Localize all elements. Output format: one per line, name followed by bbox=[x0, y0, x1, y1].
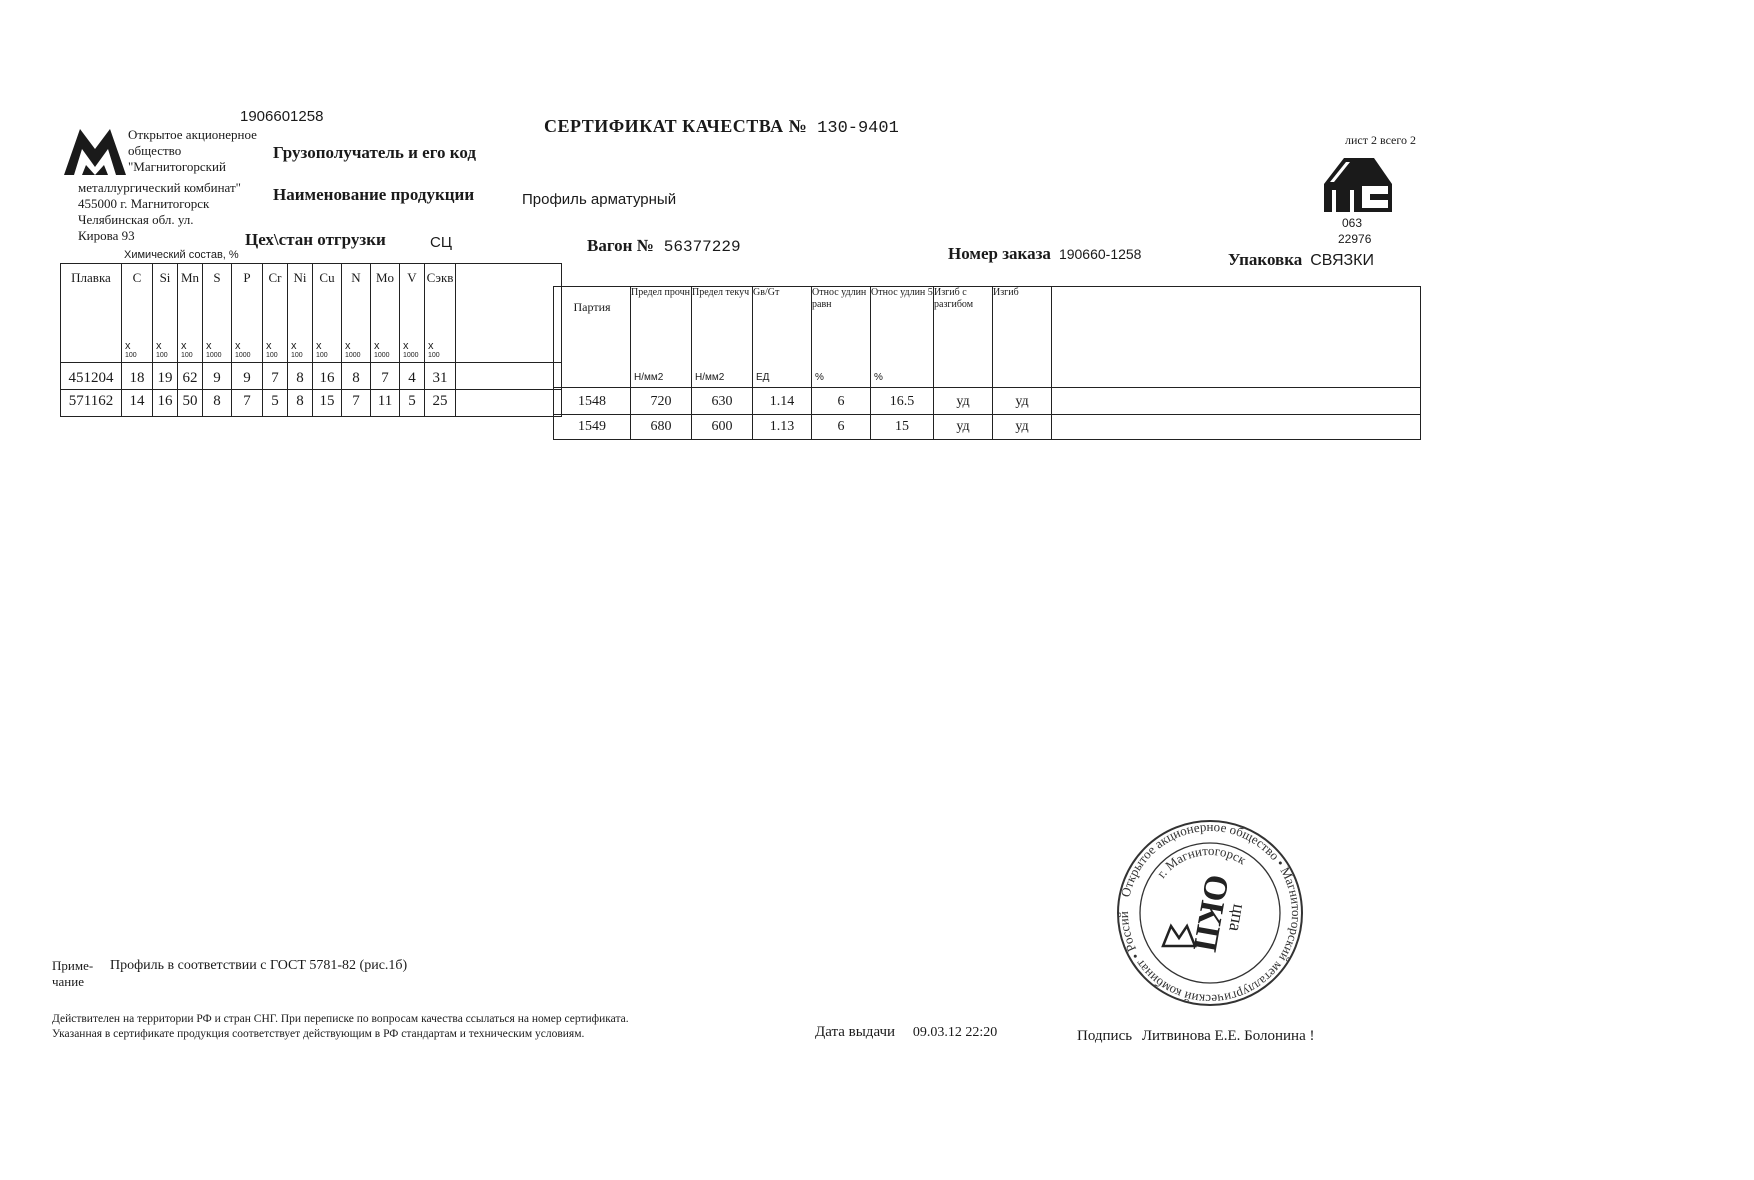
company-line: общество bbox=[128, 143, 278, 159]
column-title: Gв/Gт bbox=[753, 287, 779, 298]
multiplier: x100 bbox=[125, 341, 137, 360]
element-symbol: Cu bbox=[313, 264, 341, 286]
blank-cell bbox=[456, 390, 562, 417]
blank-cell bbox=[456, 363, 562, 390]
mc-code-1: 063 bbox=[1342, 216, 1362, 230]
mech-value: 1.14 bbox=[753, 388, 812, 415]
mech-col-2: Предел текучН/мм2 bbox=[692, 287, 753, 388]
multiplier: x100 bbox=[156, 341, 168, 360]
chem-col-1: Six100 bbox=[153, 264, 178, 363]
element-symbol: Cr bbox=[263, 264, 287, 286]
wagon-label: Вагон № bbox=[587, 236, 654, 255]
chem-value: 7 bbox=[263, 363, 288, 390]
consignee-label: Грузополучатель и его код bbox=[273, 143, 476, 163]
mech-value: 1549 bbox=[554, 415, 631, 440]
column-unit: % bbox=[874, 372, 883, 384]
chem-value: 8 bbox=[342, 363, 371, 390]
chem-col-2: Mnx100 bbox=[178, 264, 203, 363]
certificate-title: СЕРТИФИКАТ КАЧЕСТВА № 130-9401 bbox=[544, 116, 899, 138]
heat-number: 571162 bbox=[61, 390, 122, 417]
address-line: 455000 г. Магнитогорск bbox=[78, 196, 248, 212]
chem-value: 8 bbox=[288, 363, 313, 390]
chem-value: 7 bbox=[371, 363, 400, 390]
mc-code-2: 22976 bbox=[1338, 232, 1371, 246]
element-symbol: Si bbox=[153, 264, 177, 286]
chem-col-4: Px1000 bbox=[232, 264, 263, 363]
order-label: Номер заказа bbox=[948, 244, 1051, 263]
company-name: Открытое акционерное общество "Магнитого… bbox=[128, 127, 278, 175]
chem-col-10: Vx1000 bbox=[400, 264, 425, 363]
blank-cell bbox=[1052, 415, 1421, 440]
product-value: Профиль арматурный bbox=[522, 191, 676, 208]
chem-col-6: Nix100 bbox=[288, 264, 313, 363]
consignee-code: 1906601258 bbox=[240, 108, 323, 125]
mech-col-0: Партия bbox=[554, 287, 631, 388]
mech-value: 680 bbox=[631, 415, 692, 440]
mech-col-5: Относ удлин 5% bbox=[871, 287, 934, 388]
chem-col-7: Cux100 bbox=[313, 264, 342, 363]
multiplier: x1000 bbox=[235, 341, 251, 360]
title-text: СЕРТИФИКАТ КАЧЕСТВА № bbox=[544, 116, 807, 136]
product-label: Наименование продукции bbox=[273, 185, 474, 205]
mech-value: 15 bbox=[871, 415, 934, 440]
company-line: металлургический комбинат" bbox=[78, 180, 248, 196]
element-symbol: Сэкв bbox=[425, 264, 455, 286]
order-value: 190660-1258 bbox=[1059, 246, 1142, 262]
chem-col-0: Cx100 bbox=[122, 264, 153, 363]
heat-header: Плавка bbox=[61, 264, 122, 363]
heat-number: 451204 bbox=[61, 363, 122, 390]
blank-col bbox=[1052, 287, 1421, 388]
mech-value: 630 bbox=[692, 388, 753, 415]
multiplier: x100 bbox=[266, 341, 278, 360]
multiplier: x100 bbox=[428, 341, 440, 360]
signature-label: Подпись bbox=[1077, 1028, 1132, 1044]
chem-value: 11 bbox=[371, 390, 400, 417]
address-line: Кирова 93 bbox=[78, 228, 248, 244]
multiplier: x1000 bbox=[345, 341, 361, 360]
chem-value: 62 bbox=[178, 363, 203, 390]
chem-value: 25 bbox=[425, 390, 456, 417]
shop-label: Цех\стан отгрузки bbox=[245, 230, 386, 250]
company-address: металлургический комбинат" 455000 г. Маг… bbox=[78, 180, 248, 244]
chem-col-5: Crx100 bbox=[263, 264, 288, 363]
signature-field: Подпись Литвинова Е.Е. Болонина ! bbox=[1077, 1028, 1315, 1045]
company-line: "Магнитогорский bbox=[128, 159, 278, 175]
element-symbol: Mn bbox=[178, 264, 202, 286]
column-title: Предел прочн bbox=[631, 287, 690, 298]
company-line: Открытое акционерное bbox=[128, 127, 278, 143]
column-title: Относ удлин равн bbox=[812, 287, 866, 310]
chem-value: 16 bbox=[153, 390, 178, 417]
company-stamp-icon: Открытое акционерное общество • Магнитог… bbox=[1105, 818, 1315, 1008]
table-row: 15496806001.13615удуд bbox=[554, 415, 1421, 440]
multiplier: x100 bbox=[316, 341, 328, 360]
element-symbol: S bbox=[203, 264, 231, 286]
blank-col bbox=[456, 264, 562, 363]
chem-col-11: Сэквx100 bbox=[425, 264, 456, 363]
chem-value: 16 bbox=[313, 363, 342, 390]
chem-value: 19 bbox=[153, 363, 178, 390]
mech-value: уд bbox=[934, 388, 993, 415]
mech-value: 6 bbox=[812, 388, 871, 415]
chem-value: 14 bbox=[122, 390, 153, 417]
chem-value: 15 bbox=[313, 390, 342, 417]
column-title: Изгиб с разгибом bbox=[934, 287, 973, 310]
sheet-info: лист 2 всего 2 bbox=[1345, 133, 1416, 148]
element-symbol: Ni bbox=[288, 264, 312, 286]
chem-value: 4 bbox=[400, 363, 425, 390]
issue-date-field: Дата выдачи 09.03.12 22:20 bbox=[815, 1024, 997, 1041]
mech-col-1: Предел прочнН/мм2 bbox=[631, 287, 692, 388]
multiplier: x1000 bbox=[206, 341, 222, 360]
chem-value: 7 bbox=[342, 390, 371, 417]
mech-col-6: Изгиб с разгибом bbox=[934, 287, 993, 388]
disclaimer: Действителен на территории РФ и стран СН… bbox=[52, 1012, 629, 1042]
shop-value: СЦ bbox=[430, 234, 452, 251]
mech-value: 600 bbox=[692, 415, 753, 440]
mc-certification-logo-icon bbox=[1322, 156, 1394, 214]
multiplier: x1000 bbox=[374, 341, 390, 360]
element-symbol: P bbox=[232, 264, 262, 286]
wagon-field: Вагон № 56377229 bbox=[587, 236, 741, 256]
column-unit: Н/мм2 bbox=[634, 372, 663, 384]
note-label: Приме-чание bbox=[52, 958, 112, 990]
column-title: Относ удлин 5 bbox=[871, 287, 933, 298]
element-symbol: Mo bbox=[371, 264, 399, 286]
chem-value: 8 bbox=[203, 390, 232, 417]
multiplier: x100 bbox=[181, 341, 193, 360]
issue-date-label: Дата выдачи bbox=[815, 1024, 895, 1040]
column-title: Изгиб bbox=[993, 287, 1019, 298]
mech-value: 16.5 bbox=[871, 388, 934, 415]
disclaimer-line: Указанная в сертификате продукция соотве… bbox=[52, 1027, 629, 1042]
chem-value: 7 bbox=[232, 390, 263, 417]
address-line: Челябинская обл. ул. bbox=[78, 212, 248, 228]
order-field: Номер заказа 190660-1258 bbox=[948, 244, 1141, 264]
mech-value: уд bbox=[993, 388, 1052, 415]
mech-col-3: Gв/GтЕД bbox=[753, 287, 812, 388]
element-symbol: V bbox=[400, 264, 424, 286]
chem-value: 5 bbox=[263, 390, 288, 417]
multiplier: x100 bbox=[291, 341, 303, 360]
note-text: Профиль в соответствии с ГОСТ 5781-82 (р… bbox=[110, 958, 407, 974]
mech-value: уд bbox=[934, 415, 993, 440]
column-unit: Н/мм2 bbox=[695, 372, 724, 384]
column-unit: % bbox=[815, 372, 824, 384]
mech-value: 1548 bbox=[554, 388, 631, 415]
column-title: Партия bbox=[573, 300, 610, 314]
packing-label: Упаковка bbox=[1228, 250, 1302, 269]
table-row: 571162141650875815711525 bbox=[61, 390, 562, 417]
disclaimer-line: Действителен на территории РФ и стран СН… bbox=[52, 1012, 629, 1027]
column-unit: ЕД bbox=[756, 372, 769, 384]
issue-date-value: 09.03.12 22:20 bbox=[913, 1025, 997, 1040]
chem-col-8: Nx1000 bbox=[342, 264, 371, 363]
table-row: 15487206301.14616.5удуд bbox=[554, 388, 1421, 415]
chem-value: 5 bbox=[400, 390, 425, 417]
chem-value: 9 bbox=[203, 363, 232, 390]
mech-value: 720 bbox=[631, 388, 692, 415]
chem-value: 8 bbox=[288, 390, 313, 417]
mechanical-properties-table: ПартияПредел прочнН/мм2Предел текучН/мм2… bbox=[553, 286, 1421, 440]
table-row: 45120418196299781687431 bbox=[61, 363, 562, 390]
chem-value: 18 bbox=[122, 363, 153, 390]
element-symbol: C bbox=[122, 264, 152, 286]
chemistry-table: Плавка Cx100Six100Mnx100Sx1000Px1000Crx1… bbox=[60, 263, 562, 417]
multiplier: x1000 bbox=[403, 341, 419, 360]
blank-cell bbox=[1052, 388, 1421, 415]
column-title: Предел текуч bbox=[692, 287, 749, 298]
element-symbol: N bbox=[342, 264, 370, 286]
chem-col-3: Sx1000 bbox=[203, 264, 232, 363]
chem-value: 9 bbox=[232, 363, 263, 390]
chem-value: 31 bbox=[425, 363, 456, 390]
mech-value: 6 bbox=[812, 415, 871, 440]
packing-field: Упаковка СВЯЗКИ bbox=[1228, 250, 1374, 270]
certificate-number: 130-9401 bbox=[817, 119, 899, 138]
chem-value: 50 bbox=[178, 390, 203, 417]
signature-value: Литвинова Е.Е. Болонина ! bbox=[1142, 1028, 1315, 1044]
wagon-value: 56377229 bbox=[664, 238, 741, 256]
mmk-logo-icon bbox=[62, 125, 128, 177]
mech-value: 1.13 bbox=[753, 415, 812, 440]
packing-value: СВЯЗКИ bbox=[1310, 252, 1374, 269]
chem-col-9: Mox1000 bbox=[371, 264, 400, 363]
mech-col-7: Изгиб bbox=[993, 287, 1052, 388]
mech-col-4: Относ удлин равн% bbox=[812, 287, 871, 388]
mech-value: уд bbox=[993, 415, 1052, 440]
chemistry-caption: Химический состав, % bbox=[124, 249, 239, 261]
